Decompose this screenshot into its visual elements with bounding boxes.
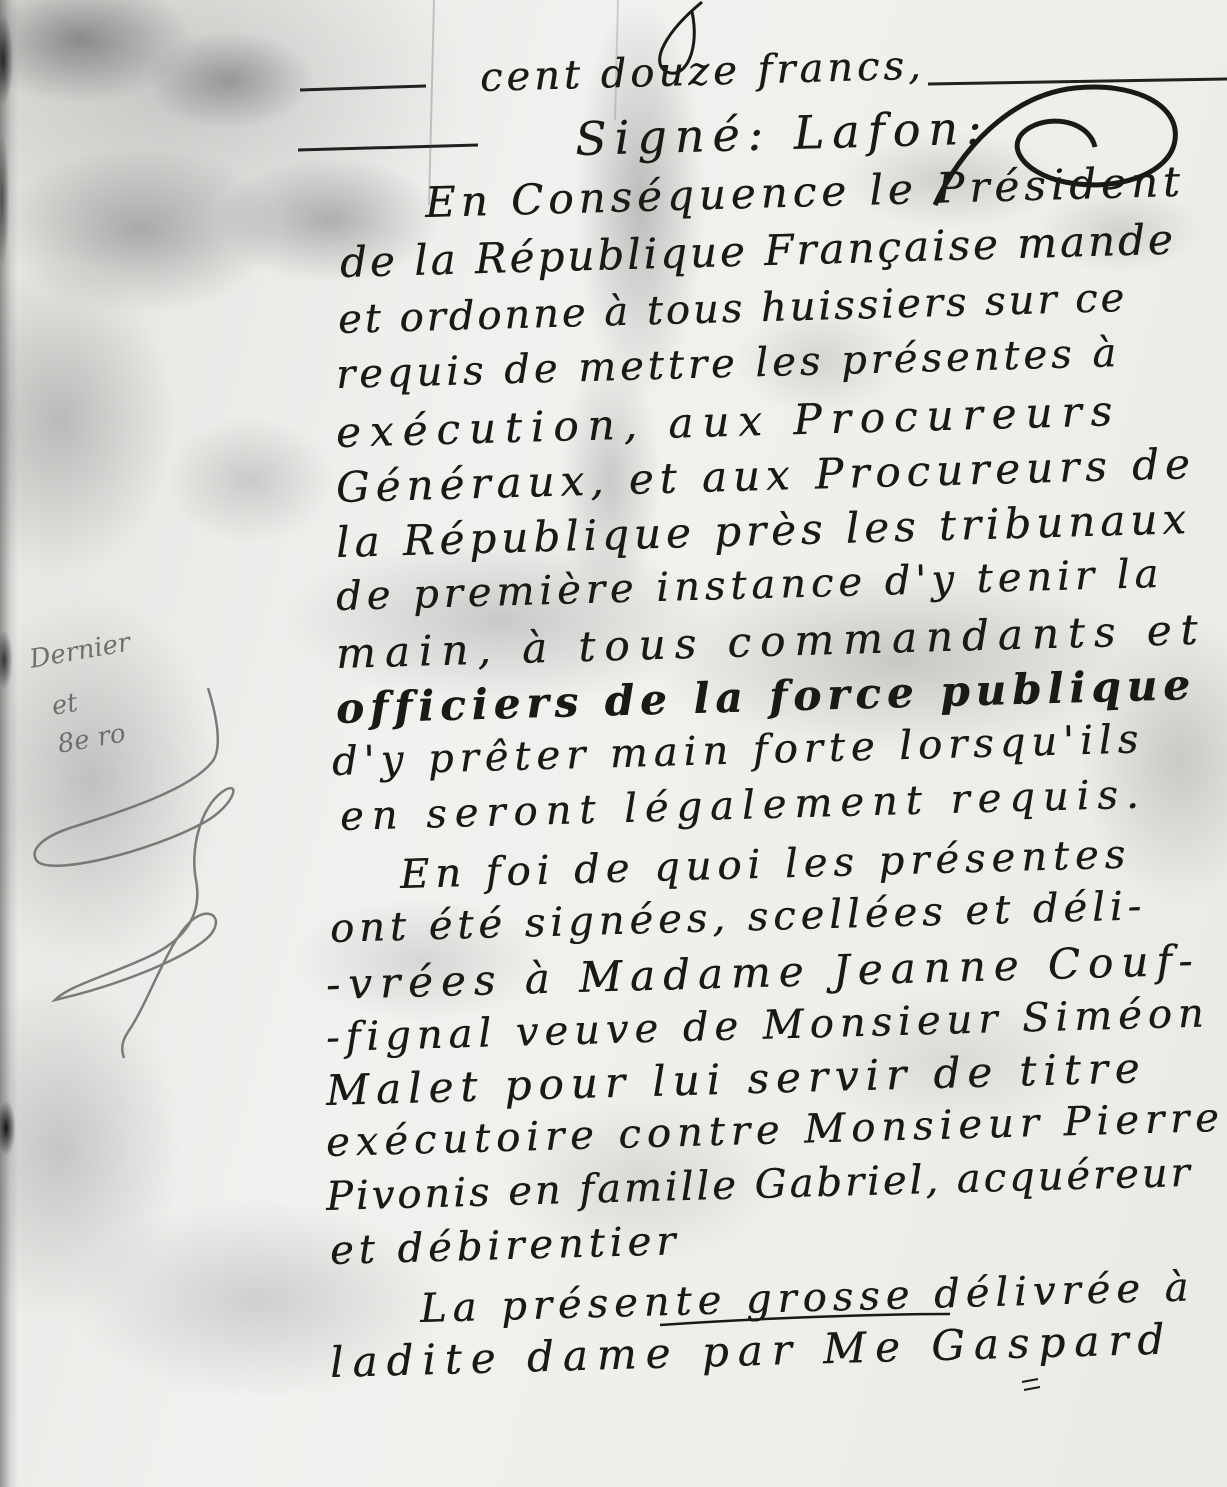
- ruled-dash-2: [928, 79, 1227, 84]
- abbreviation-ticks: [1022, 1379, 1040, 1390]
- manuscript-line: cent douze francs,: [479, 43, 925, 101]
- ruled-dash-1: [300, 86, 426, 90]
- margin-note-line: et: [49, 688, 80, 722]
- manuscript-page: Dernier et 8e ro cent douze francs, Sign…: [0, 0, 1227, 1487]
- manuscript-line: et débirentier: [329, 1218, 681, 1274]
- ruled-dash-3: [298, 145, 478, 150]
- manuscript-line: En Conséquence le Président: [424, 157, 1185, 227]
- manuscript-line: requis de mettre les présentes à: [335, 330, 1120, 398]
- margin-note-line: Dernier: [27, 628, 132, 675]
- scan-edge-shadow: [0, 0, 18, 1487]
- paper-crease: [429, 0, 434, 205]
- manuscript-line: Signé: Lafon:: [574, 100, 990, 166]
- margin-note-line: 8e ro: [55, 718, 127, 759]
- manuscript-line: en seront légalement requis.: [339, 771, 1147, 840]
